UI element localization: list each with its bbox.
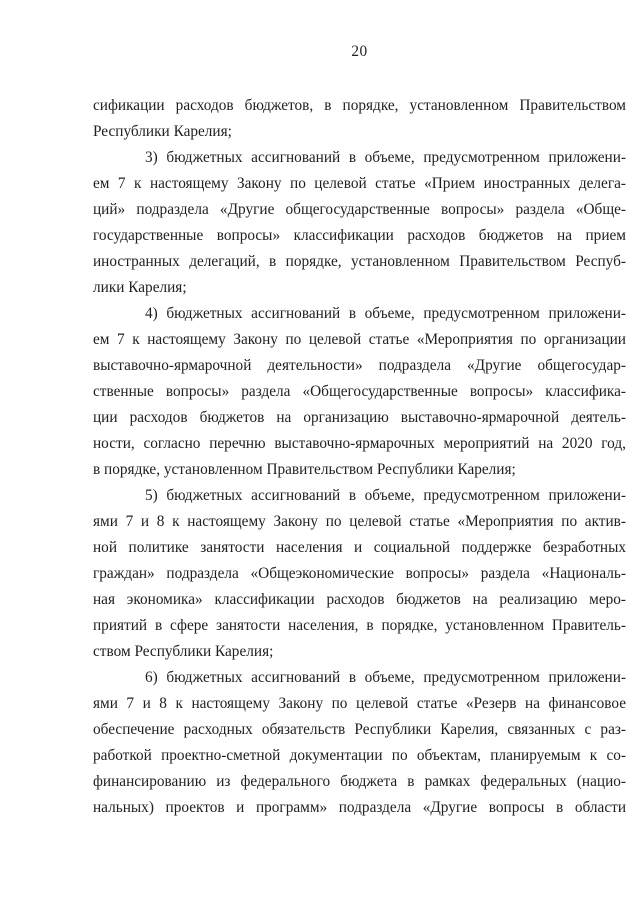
text-line: работкой проектно-сметной документации п… bbox=[93, 743, 626, 769]
text-line: ной политике занятости населения и социа… bbox=[93, 535, 626, 561]
paragraph-continuation: сификации расходов бюджетов, в порядке, … bbox=[93, 93, 626, 145]
document-page: 20 сификации расходов бюджетов, в порядк… bbox=[0, 0, 640, 905]
text-line: 4) бюджетных ассигнований в объеме, пред… bbox=[93, 301, 626, 327]
text-line: 5) бюджетных ассигнований в объеме, пред… bbox=[93, 483, 626, 509]
text-line: ций» подраздела «Другие общегосударствен… bbox=[93, 197, 626, 223]
text-line: Республики Карелия; bbox=[93, 119, 626, 145]
text-line: 3) бюджетных ассигнований в объеме, пред… bbox=[93, 145, 626, 171]
text-line: нальных) проектов и программ» подраздела… bbox=[93, 795, 626, 821]
document-body: сификации расходов бюджетов, в порядке, … bbox=[93, 93, 626, 821]
text-line: граждан» подраздела «Общеэкономические в… bbox=[93, 561, 626, 587]
text-line: выставочно-ярмарочной деятельности» подр… bbox=[93, 353, 626, 379]
text-line: ственные вопросы» раздела «Общегосударст… bbox=[93, 379, 626, 405]
text-line: финансированию из федерального бюджета в… bbox=[93, 769, 626, 795]
text-line: 6) бюджетных ассигнований в объеме, пред… bbox=[93, 665, 626, 691]
text-line: в порядке, установленном Правительством … bbox=[93, 457, 626, 483]
text-line: государственные вопросы» классификации р… bbox=[93, 223, 626, 249]
text-line: ями 7 и 8 к настоящему Закону по целевой… bbox=[93, 691, 626, 717]
text-line: ями 7 и 8 к настоящему Закону по целевой… bbox=[93, 509, 626, 535]
text-line: иностранных делегаций, в порядке, устано… bbox=[93, 249, 626, 275]
text-line: обеспечение расходных обязательств Респу… bbox=[93, 717, 626, 743]
page-number: 20 bbox=[93, 44, 626, 60]
text-line: лики Карелия; bbox=[93, 275, 626, 301]
text-line: ности, согласно перечню выставочно-ярмар… bbox=[93, 431, 626, 457]
text-line: ции расходов бюджетов на организацию выс… bbox=[93, 405, 626, 431]
text-line: ем 7 к настоящему Закону по целевой стат… bbox=[93, 327, 626, 353]
item-5: 5) бюджетных ассигнований в объеме, пред… bbox=[93, 483, 626, 665]
item-3: 3) бюджетных ассигнований в объеме, пред… bbox=[93, 145, 626, 301]
text-line: сификации расходов бюджетов, в порядке, … bbox=[93, 93, 626, 119]
text-line: ная экономика» классификации расходов бю… bbox=[93, 587, 626, 613]
item-6: 6) бюджетных ассигнований в объеме, пред… bbox=[93, 665, 626, 821]
text-line: приятий в сфере занятости населения, в п… bbox=[93, 613, 626, 639]
text-line: ем 7 к настоящему Закону по целевой стат… bbox=[93, 171, 626, 197]
item-4: 4) бюджетных ассигнований в объеме, пред… bbox=[93, 301, 626, 483]
text-line: ством Республики Карелия; bbox=[93, 639, 626, 665]
